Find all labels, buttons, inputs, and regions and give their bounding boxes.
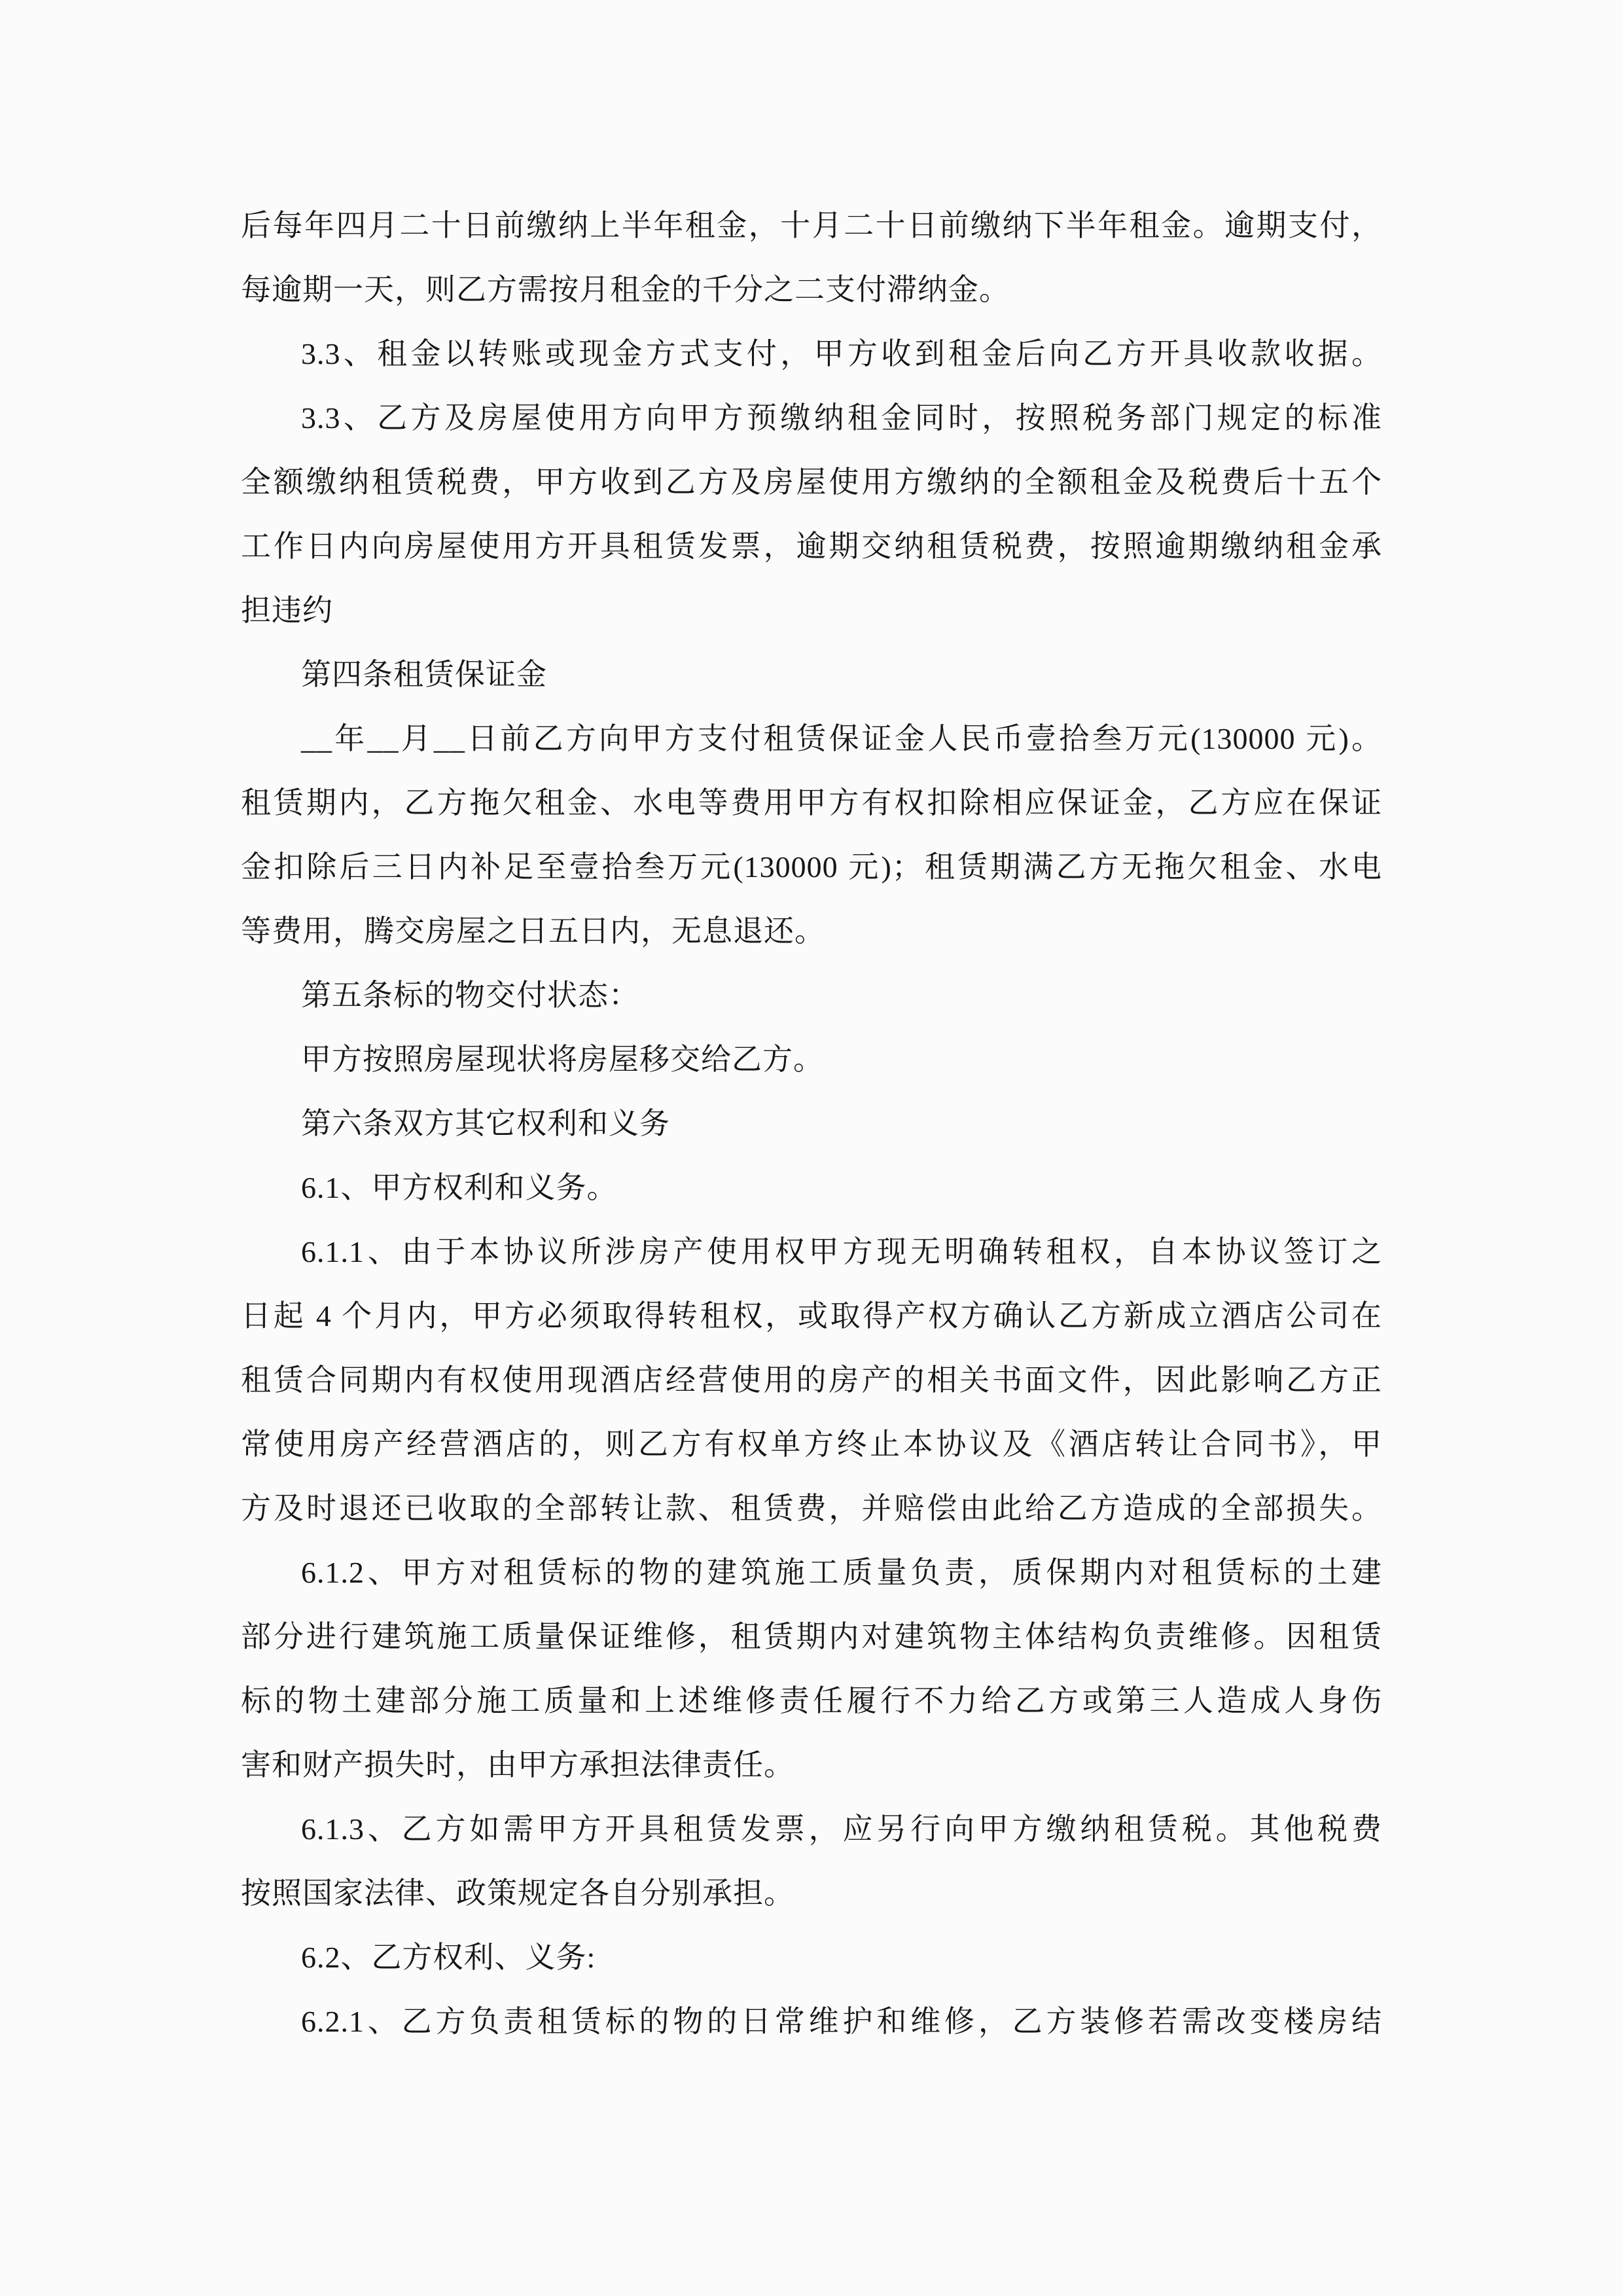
text-line: 6.2.1、乙方负责租赁标的物的日常维护和维修，乙方装修若需改变楼房结: [241, 1990, 1382, 2054]
text-line: 6.2、乙方权利、义务:: [241, 1926, 1382, 1990]
text-line: 全额缴纳租赁税费，甲方收到乙方及房屋使用方缴纳的全额租金及税费后十五个: [241, 450, 1382, 514]
text-line: __年__月__日前乙方向甲方支付租赁保证金人民币壹拾叁万元(130000 元)…: [241, 707, 1382, 771]
text-line: 按照国家法律、政策规定各自分别承担。: [241, 1861, 1382, 1926]
text-line: 甲方按照房屋现状将房屋移交给乙方。: [241, 1028, 1382, 1092]
text-line: 部分进行建筑施工质量保证维修，租赁期内对建筑物主体结构负责维修。因租赁: [241, 1605, 1382, 1669]
text-line: 方及时退还已收取的全部转让款、租赁费，并赔偿由此给乙方造成的全部损失。: [241, 1477, 1382, 1541]
text-line: 3.3、乙方及房屋使用方向甲方预缴纳租金同时，按照税务部门规定的标准: [241, 386, 1382, 450]
text-line: 等费用，腾交房屋之日五日内，无息退还。: [241, 899, 1382, 963]
text-line: 第五条标的物交付状态：: [241, 963, 1382, 1028]
text-line: 6.1.3、乙方如需甲方开具租赁发票，应另行向甲方缴纳租赁税。其他税费: [241, 1797, 1382, 1861]
text-line: 日起 4 个月内，甲方必须取得转租权，或取得产权方确认乙方新成立酒店公司在: [241, 1284, 1382, 1348]
contract-text-block: 后每年四月二十日前缴纳上半年租金，十月二十日前缴纳下半年租金。逾期支付，每逾期一…: [241, 194, 1382, 2054]
text-line: 担违约: [241, 579, 1382, 643]
text-line: 租赁合同期内有权使用现酒店经营使用的房产的相关书面文件，因此影响乙方正: [241, 1348, 1382, 1412]
text-line: 标的物土建部分施工质量和上述维修责任履行不力给乙方或第三人造成人身伤: [241, 1669, 1382, 1733]
text-line: 每逾期一天，则乙方需按月租金的千分之二支付滞纳金。: [241, 258, 1382, 322]
text-line: 第四条租赁保证金: [241, 643, 1382, 707]
text-line: 租赁期内，乙方拖欠租金、水电等费用甲方有权扣除相应保证金，乙方应在保证: [241, 771, 1382, 835]
text-line: 常使用房产经营酒店的，则乙方有权单方终止本协议及《酒店转让合同书》，甲: [241, 1412, 1382, 1477]
text-line: 第六条双方其它权利和义务: [241, 1092, 1382, 1156]
text-line: 6.1、甲方权利和义务。: [241, 1156, 1382, 1220]
document-page: 后每年四月二十日前缴纳上半年租金，十月二十日前缴纳下半年租金。逾期支付，每逾期一…: [0, 0, 1623, 2296]
text-line: 6.1.2、甲方对租赁标的物的建筑施工质量负责，质保期内对租赁标的土建: [241, 1541, 1382, 1605]
text-line: 害和财产损失时，由甲方承担法律责任。: [241, 1733, 1382, 1797]
text-line: 后每年四月二十日前缴纳上半年租金，十月二十日前缴纳下半年租金。逾期支付，: [241, 194, 1382, 258]
text-line: 6.1.1、由于本协议所涉房产使用权甲方现无明确转租权，自本协议签订之: [241, 1220, 1382, 1284]
text-line: 金扣除后三日内补足至壹拾叁万元(130000 元)；租赁期满乙方无拖欠租金、水电: [241, 835, 1382, 899]
text-line: 工作日内向房屋使用方开具租赁发票，逾期交纳租赁税费，按照逾期缴纳租金承: [241, 514, 1382, 579]
text-line: 3.3、租金以转账或现金方式支付，甲方收到租金后向乙方开具收款收据。: [241, 322, 1382, 386]
